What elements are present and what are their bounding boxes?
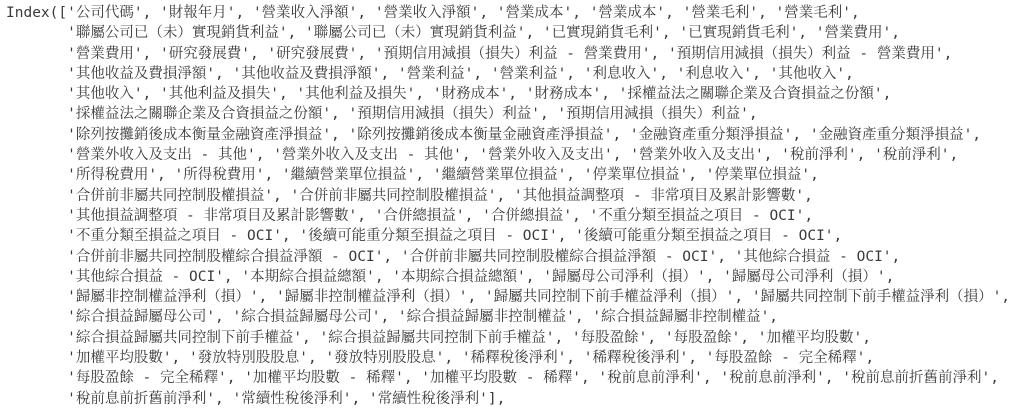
output-line: '除列按攤銷後成本衡量金融資產淨損益', '除列按攤銷後成本衡量金融資產淨損益'… [67,125,1020,145]
output-line: '其他收益及費損淨額', '其他收益及費損淨額', '營業利益', '營業利益'… [67,64,1020,84]
output-line: '採權益法之關聯企業及合資損益之份額', '預期信用減損（損失）利益', '預期… [67,104,1020,124]
output-line: '所得稅費用', '所得稅費用', '繼續營業單位損益', '繼續營業單位損益'… [67,165,1020,185]
output-line: '綜合損益歸屬共同控制下前手權益', '綜合損益歸屬共同控制下前手權益', '每… [67,328,1020,348]
output-line: '稅前息前折舊前淨利', '常續性稅後淨利', '常續性稅後淨利'], [67,389,1020,409]
output-line: '綜合損益歸屬母公司', '綜合損益歸屬母公司', '綜合損益歸屬非控制權益',… [67,307,1020,327]
output-line: '其他綜合損益 - OCI', '本期綜合損益總額', '本期綜合損益總額', … [67,267,1020,287]
output-line: Index(['公司代碼', '財報年月', '營業收入淨額', '營業收入淨額… [6,3,1020,23]
output-line: '其他收入', '其他利益及損失', '其他利益及損失', '財務成本', '財… [67,84,1020,104]
output-line: '不重分類至損益之項目 - OCI', '後續可能重分類至損益之項目 - OCI… [67,226,1020,246]
output-line: '聯屬公司已（未）實現銷貨利益', '聯屬公司已（未）實現銷貨利益', '已實現… [67,23,1020,43]
output-line: '合併前非屬共同控制股權綜合損益淨額 - OCI', '合併前非屬共同控制股權綜… [67,247,1020,267]
output-line: '營業費用', '研究發展費', '研究發展費', '預期信用減損（損失）利益 … [67,44,1020,64]
output-line: '每股盈餘 - 完全稀釋', '加權平均股數 - 稀釋', '加權平均股數 - … [67,368,1020,388]
output-line: '營業外收入及支出 - 其他', '營業外收入及支出 - 其他', '營業外收入… [67,145,1020,165]
output-line: '加權平均股數', '發放特別股股息', '發放特別股股息', '稀釋稅後淨利'… [67,348,1020,368]
console-output: Index(['公司代碼', '財報年月', '營業收入淨額', '營業收入淨額… [0,0,1024,409]
output-line: '合併前非屬共同控制股權損益', '合併前非屬共同控制股權損益', '其他損益調… [67,186,1020,206]
output-line: '其他損益調整項 - 非常項目及累計影響數', '合併總損益', '合併總損益'… [67,206,1020,226]
output-line: '歸屬非控制權益淨利（損）', '歸屬非控制權益淨利（損）', '歸屬共同控制下… [67,287,1020,307]
